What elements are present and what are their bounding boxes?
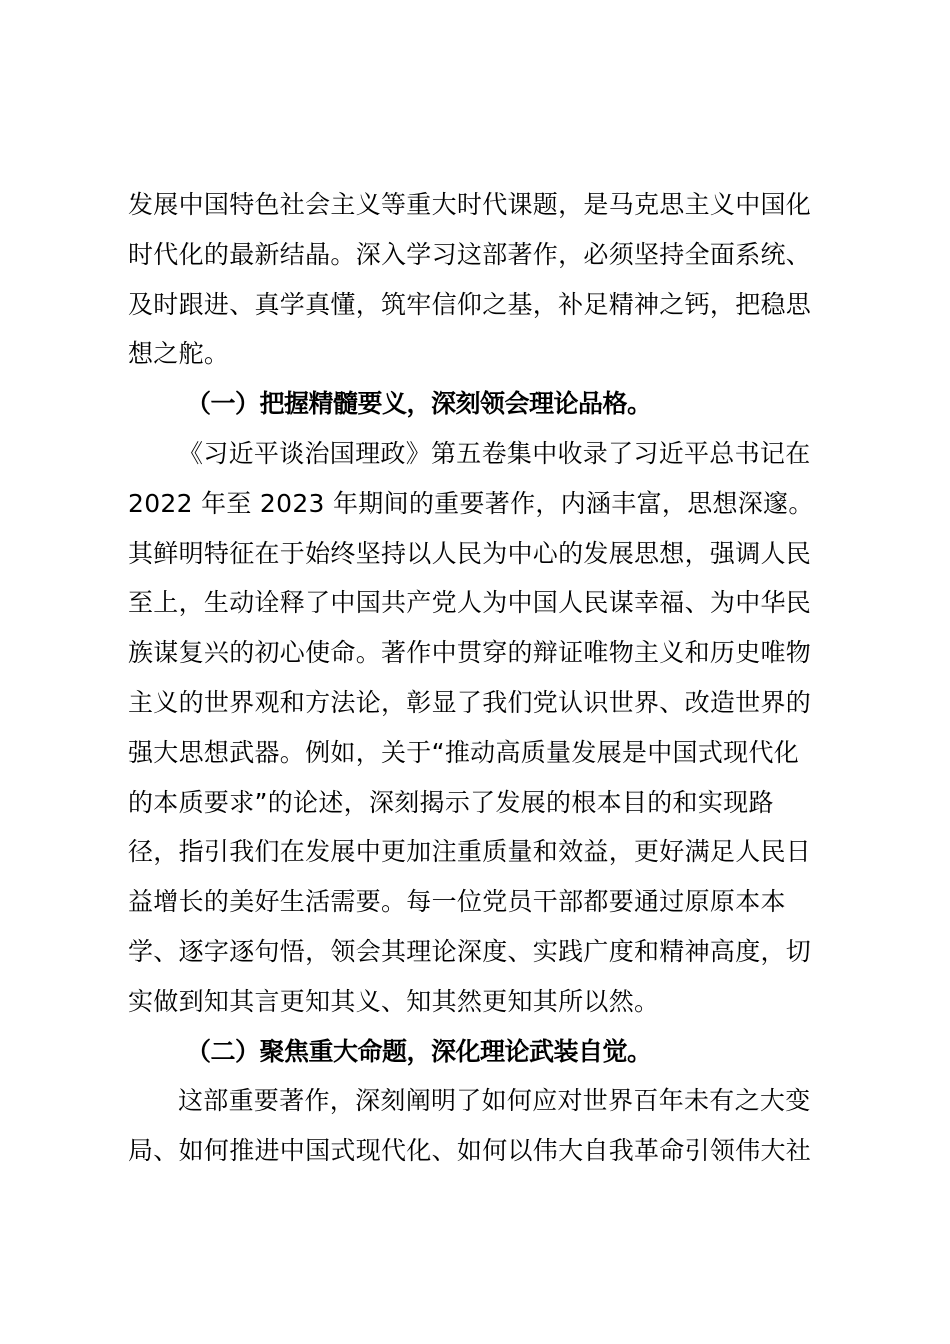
document-page: 发展中国特色社会主义等重大时代课题，是马克思主义中国化 时代化的最新结晶。深入学… — [128, 180, 832, 1176]
paragraph-line: 族谋复兴的初心使命。著作中贯穿的辩证唯物主义和历史唯物 — [128, 628, 832, 678]
paragraph-line: 局、如何推进中国式现代化、如何以伟大自我革命引领伟大社 — [128, 1126, 832, 1176]
paragraph-line: 至上，生动诠释了中国共产党人为中国人民谋幸福、为中华民 — [128, 578, 832, 628]
paragraph-line: 的本质要求”的论述，深刻揭示了发展的根本目的和实现路 — [128, 778, 832, 828]
section-heading-1: （一）把握精髓要义，深刻领会理论品格。 — [128, 379, 832, 429]
paragraph-line: 主义的世界观和方法论，彰显了我们党认识世界、改造世界的 — [128, 678, 832, 728]
section-heading-2: （二）聚焦重大命题，深化理论武装自觉。 — [128, 1027, 832, 1077]
paragraph-line: 《习近平谈治国理政》第五卷集中收录了习近平总书记在 — [128, 429, 832, 479]
paragraph-line: 益增长的美好生活需要。每一位党员干部都要通过原原本本 — [128, 877, 832, 927]
paragraph-line: 实做到知其言更知其义、知其然更知其所以然。 — [128, 977, 832, 1027]
paragraph-line: 强大思想武器。例如，关于“推动高质量发展是中国式现代化 — [128, 728, 832, 778]
paragraph-line: 其鲜明特征在于始终坚持以人民为中心的发展思想，强调人民 — [128, 529, 832, 579]
paragraph-line: 发展中国特色社会主义等重大时代课题，是马克思主义中国化 — [128, 180, 832, 230]
paragraph-line: 及时跟进、真学真懂，筑牢信仰之基，补足精神之钙，把稳思 — [128, 280, 832, 330]
paragraph-line: 径，指引我们在发展中更加注重质量和效益，更好满足人民日 — [128, 827, 832, 877]
paragraph-line: 这部重要著作，深刻阐明了如何应对世界百年未有之大变 — [128, 1076, 832, 1126]
paragraph-line: 想之舵。 — [128, 329, 832, 379]
paragraph-line: 2022 年至 2023 年期间的重要著作，内涵丰富，思想深邃。 — [128, 479, 832, 529]
paragraph-line: 学、逐字逐句悟，领会其理论深度、实践广度和精神高度，切 — [128, 927, 832, 977]
paragraph-line: 时代化的最新结晶。深入学习这部著作，必须坚持全面系统、 — [128, 230, 832, 280]
